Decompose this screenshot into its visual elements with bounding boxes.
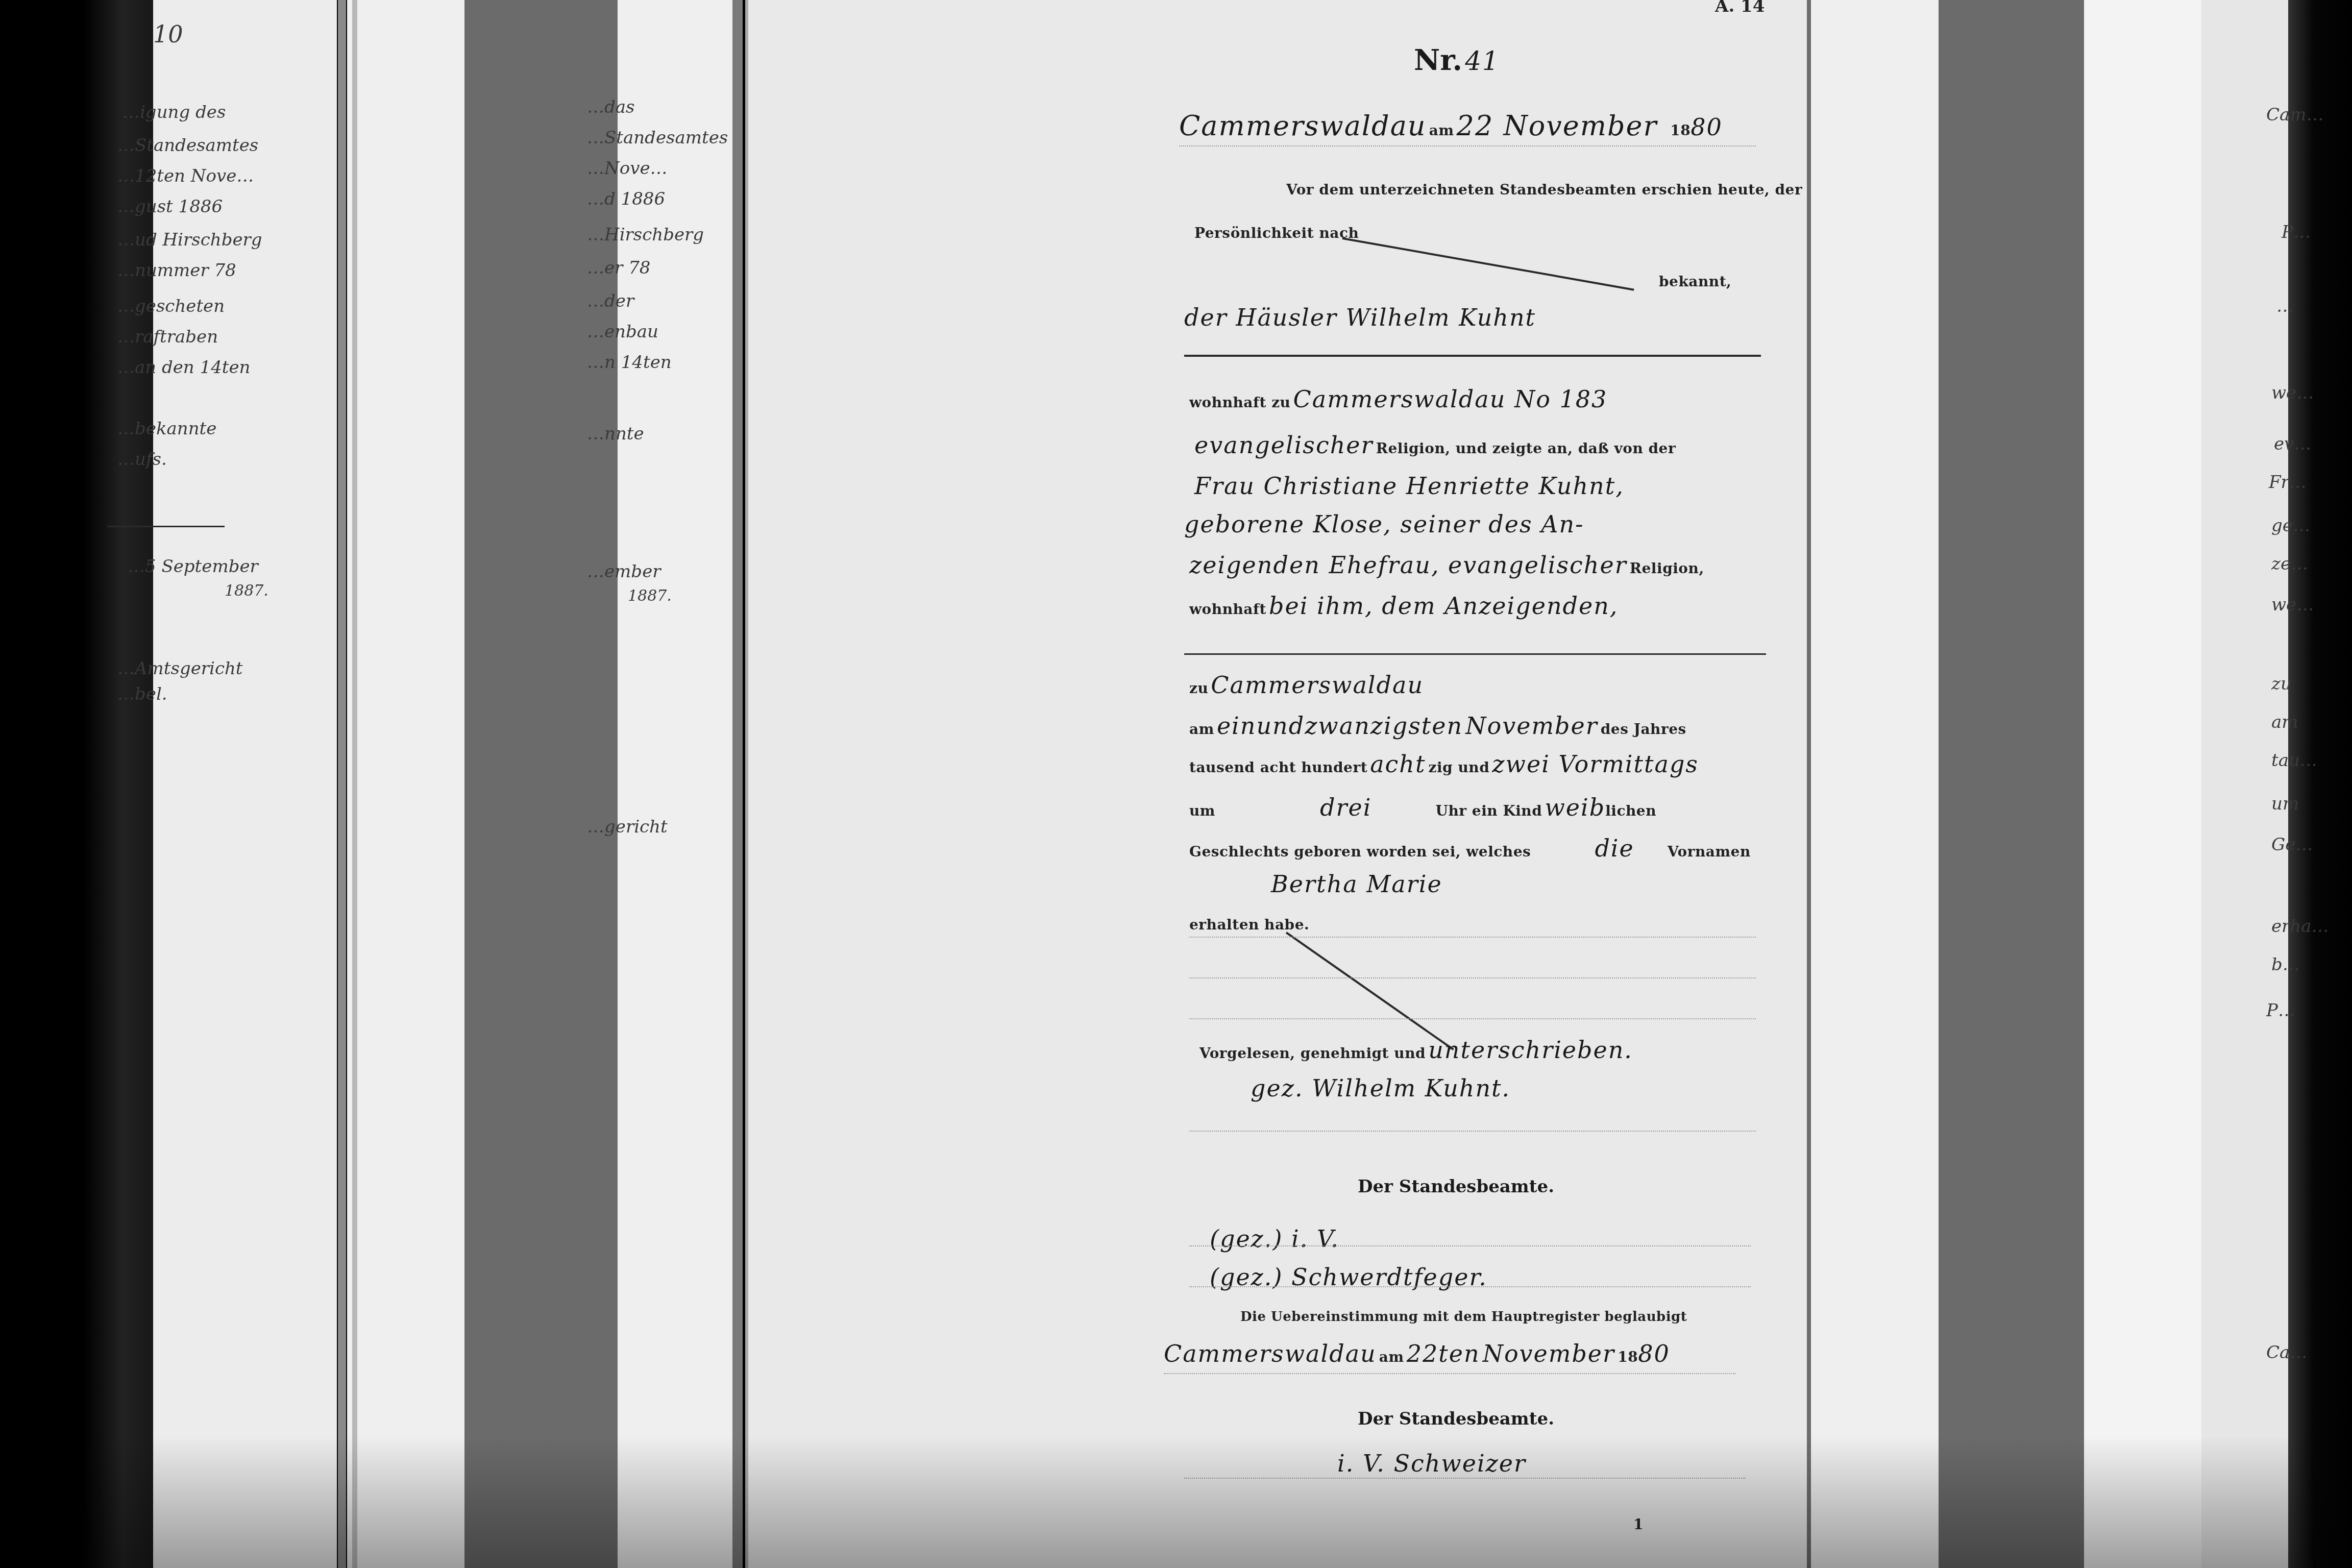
- corner-mark: A. 14: [1715, 0, 1765, 16]
- declarant: der Häusler Wilhelm Kuhnt: [1184, 304, 1536, 331]
- right-blank-page-2: [2084, 0, 2201, 1568]
- page-number: 10: [153, 20, 183, 48]
- film-band-right: [1939, 0, 2084, 1568]
- footer-mark: 1: [1633, 1516, 1644, 1533]
- left-page-edge-2: [352, 0, 357, 1568]
- geschlechts-line: Geschlechts geboren worden sei, welches …: [1189, 835, 1751, 862]
- certification-date-line: Cammerswaldau am 22ten November 1880: [1164, 1340, 1670, 1367]
- main-page-right-edge: [1807, 0, 1811, 1568]
- left-page-edge: [338, 0, 346, 1568]
- birth-hour-line: um drei Uhr ein Kind weiblichen: [1189, 794, 1656, 821]
- identity-suffix: bekannt,: [1659, 273, 1731, 290]
- main-page-left-edge: [732, 0, 743, 1568]
- right-blank-page: [1811, 0, 1939, 1568]
- religion-line: evangelischer Religion, und zeigte an, d…: [1194, 431, 1676, 459]
- birth-place-line: zu Cammerswaldau: [1189, 671, 1424, 699]
- birth-day-line: am einundzwanzigsten November des Jahres: [1189, 712, 1686, 740]
- left-fragment-rule: [107, 526, 225, 527]
- final-signature: i. V. Schweizer: [1337, 1450, 1526, 1477]
- right-fragment-page: [2201, 0, 2288, 1568]
- intro-line: Vor dem unterzeichneten Standesbeamten e…: [1286, 181, 1802, 198]
- residence-line: wohnhaft zu Cammerswaldau No 183: [1189, 385, 1607, 413]
- received-label: erhalten habe.: [1189, 916, 1309, 933]
- certification-text: Die Uebereinstimmung mit dem Hauptregist…: [1240, 1309, 1687, 1325]
- registrar-signature-1: (gez.) i. V.: [1210, 1225, 1339, 1253]
- birth-year-line: tausend acht hundert acht zig und zwei V…: [1189, 750, 1699, 778]
- registrar-title-2: Der Standesbeamte.: [1358, 1409, 1554, 1429]
- record-number: Nr. 41: [1414, 43, 1500, 77]
- mother-line-1: Frau Christiane Henriette Kuhnt,: [1194, 472, 1624, 500]
- child-names: Bertha Marie: [1271, 870, 1442, 898]
- mother-residence-line: wohnhaft bei ihm, dem Anzeigenden,: [1189, 592, 1618, 620]
- identity-label: Persönlichkeit nach: [1194, 225, 1359, 241]
- place-date-line: Cammerswaldau am 22 November 1880: [1179, 110, 1723, 142]
- declarant-signature: gez. Wilhelm Kuhnt.: [1251, 1074, 1510, 1102]
- registrar-title: Der Standesbeamte.: [1358, 1177, 1554, 1197]
- mother-line-2: geborene Klose, seiner des An-: [1184, 510, 1584, 538]
- left-inner-page: [347, 0, 464, 1568]
- mother-line-3: zeigenden Ehefrau, evangelischer Religio…: [1189, 551, 1704, 579]
- read-approved-line: Vorgelesen, genehmigt und unterschrieben…: [1199, 1036, 1633, 1064]
